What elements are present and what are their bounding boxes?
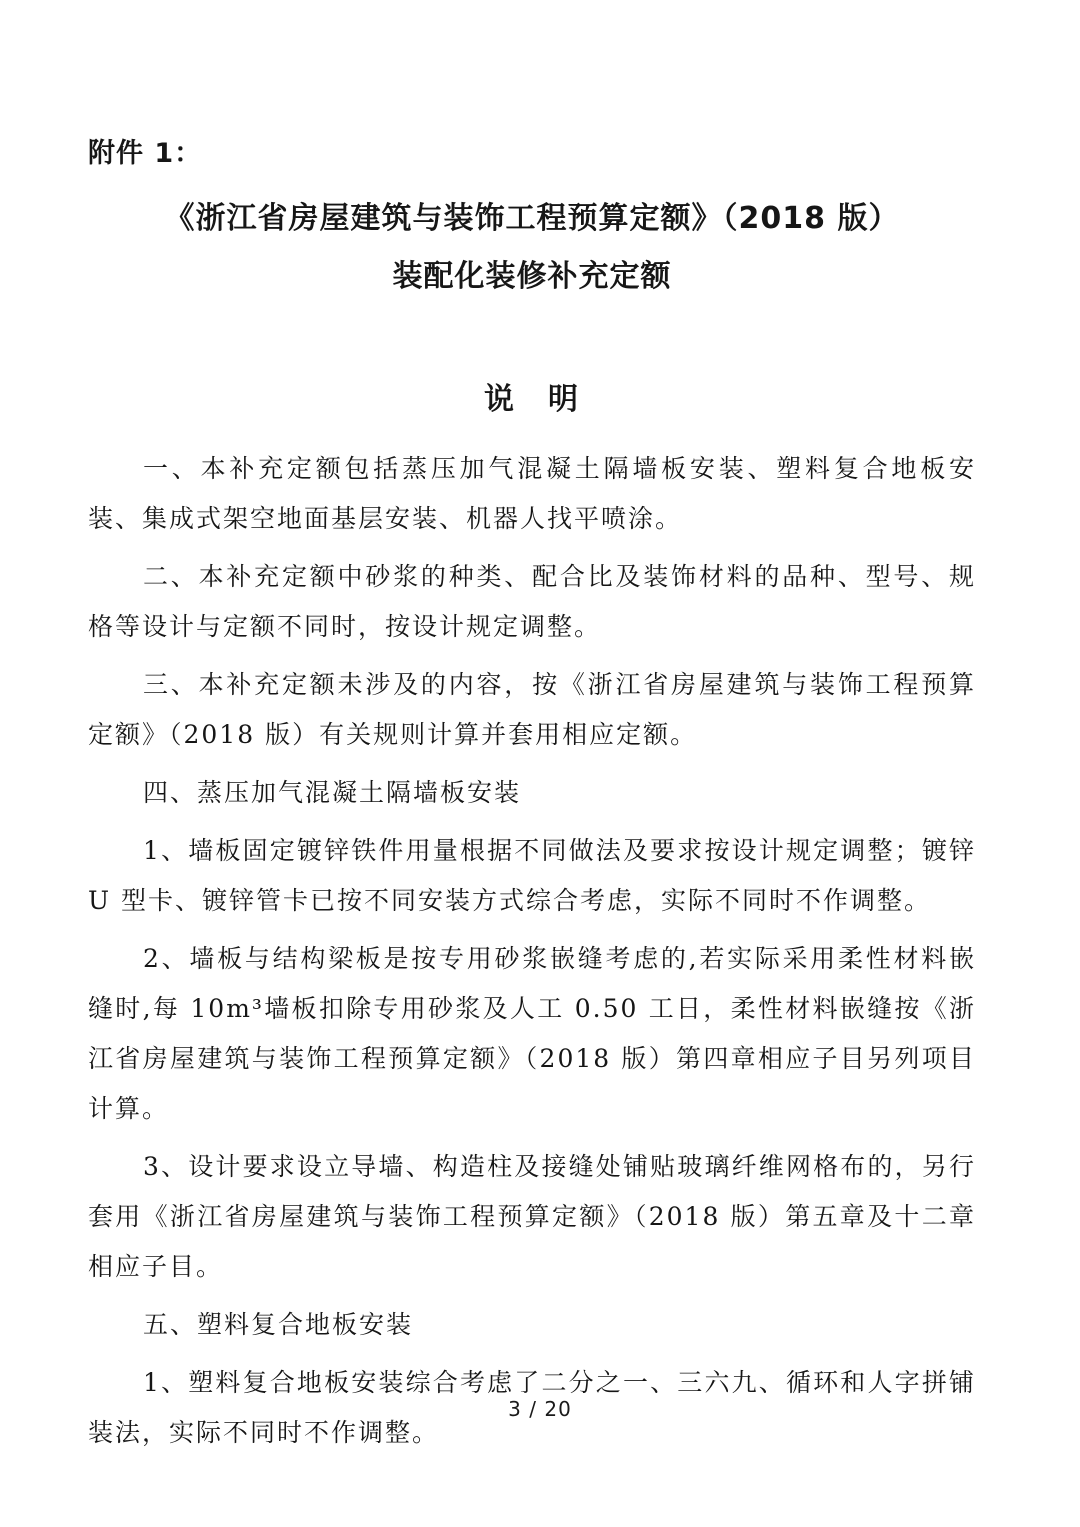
paragraph-3: 三、本补充定额未涉及的内容，按《浙江省房屋建筑与装饰工程预算定额》（2018 版…	[88, 660, 976, 760]
paragraph-7: 3、设计要求设立导墙、构造柱及接缝处铺贴玻璃纤维网格布的，另行套用《浙江省房屋建…	[88, 1142, 976, 1292]
section-heading-explanation: 说 明	[88, 378, 976, 422]
paragraph-6: 2、墙板与结构梁板是按专用砂浆嵌缝考虑的,若实际采用柔性材料嵌缝时,每 10m³…	[88, 934, 976, 1134]
page-number: 3 / 20	[0, 1397, 1080, 1421]
paragraph-2: 二、本补充定额中砂浆的种类、配合比及装饰材料的品种、型号、规格等设计与定额不同时…	[88, 552, 976, 652]
paragraph-8-section-title: 五、塑料复合地板安装	[88, 1300, 976, 1350]
paragraph-5: 1、墙板固定镀锌铁件用量根据不同做法及要求按设计规定调整；镀锌 U 型卡、镀锌管…	[88, 826, 976, 926]
paragraph-1: 一、本补充定额包括蒸压加气混凝土隔墙板安装、塑料复合地板安装、集成式架空地面基层…	[88, 444, 976, 544]
document-body: 一、本补充定额包括蒸压加气混凝土隔墙板安装、塑料复合地板安装、集成式架空地面基层…	[88, 444, 976, 1458]
document-title-line2: 装配化装修补充定额	[88, 248, 976, 306]
attachment-label: 附件 1：	[88, 136, 976, 172]
paragraph-4-section-title: 四、蒸压加气混凝土隔墙板安装	[88, 768, 976, 818]
document-title-line1: 《浙江省房屋建筑与装饰工程预算定额》（2018 版）	[88, 190, 976, 248]
document-page: 附件 1： 《浙江省房屋建筑与装饰工程预算定额》（2018 版） 装配化装修补充…	[0, 0, 1080, 1527]
